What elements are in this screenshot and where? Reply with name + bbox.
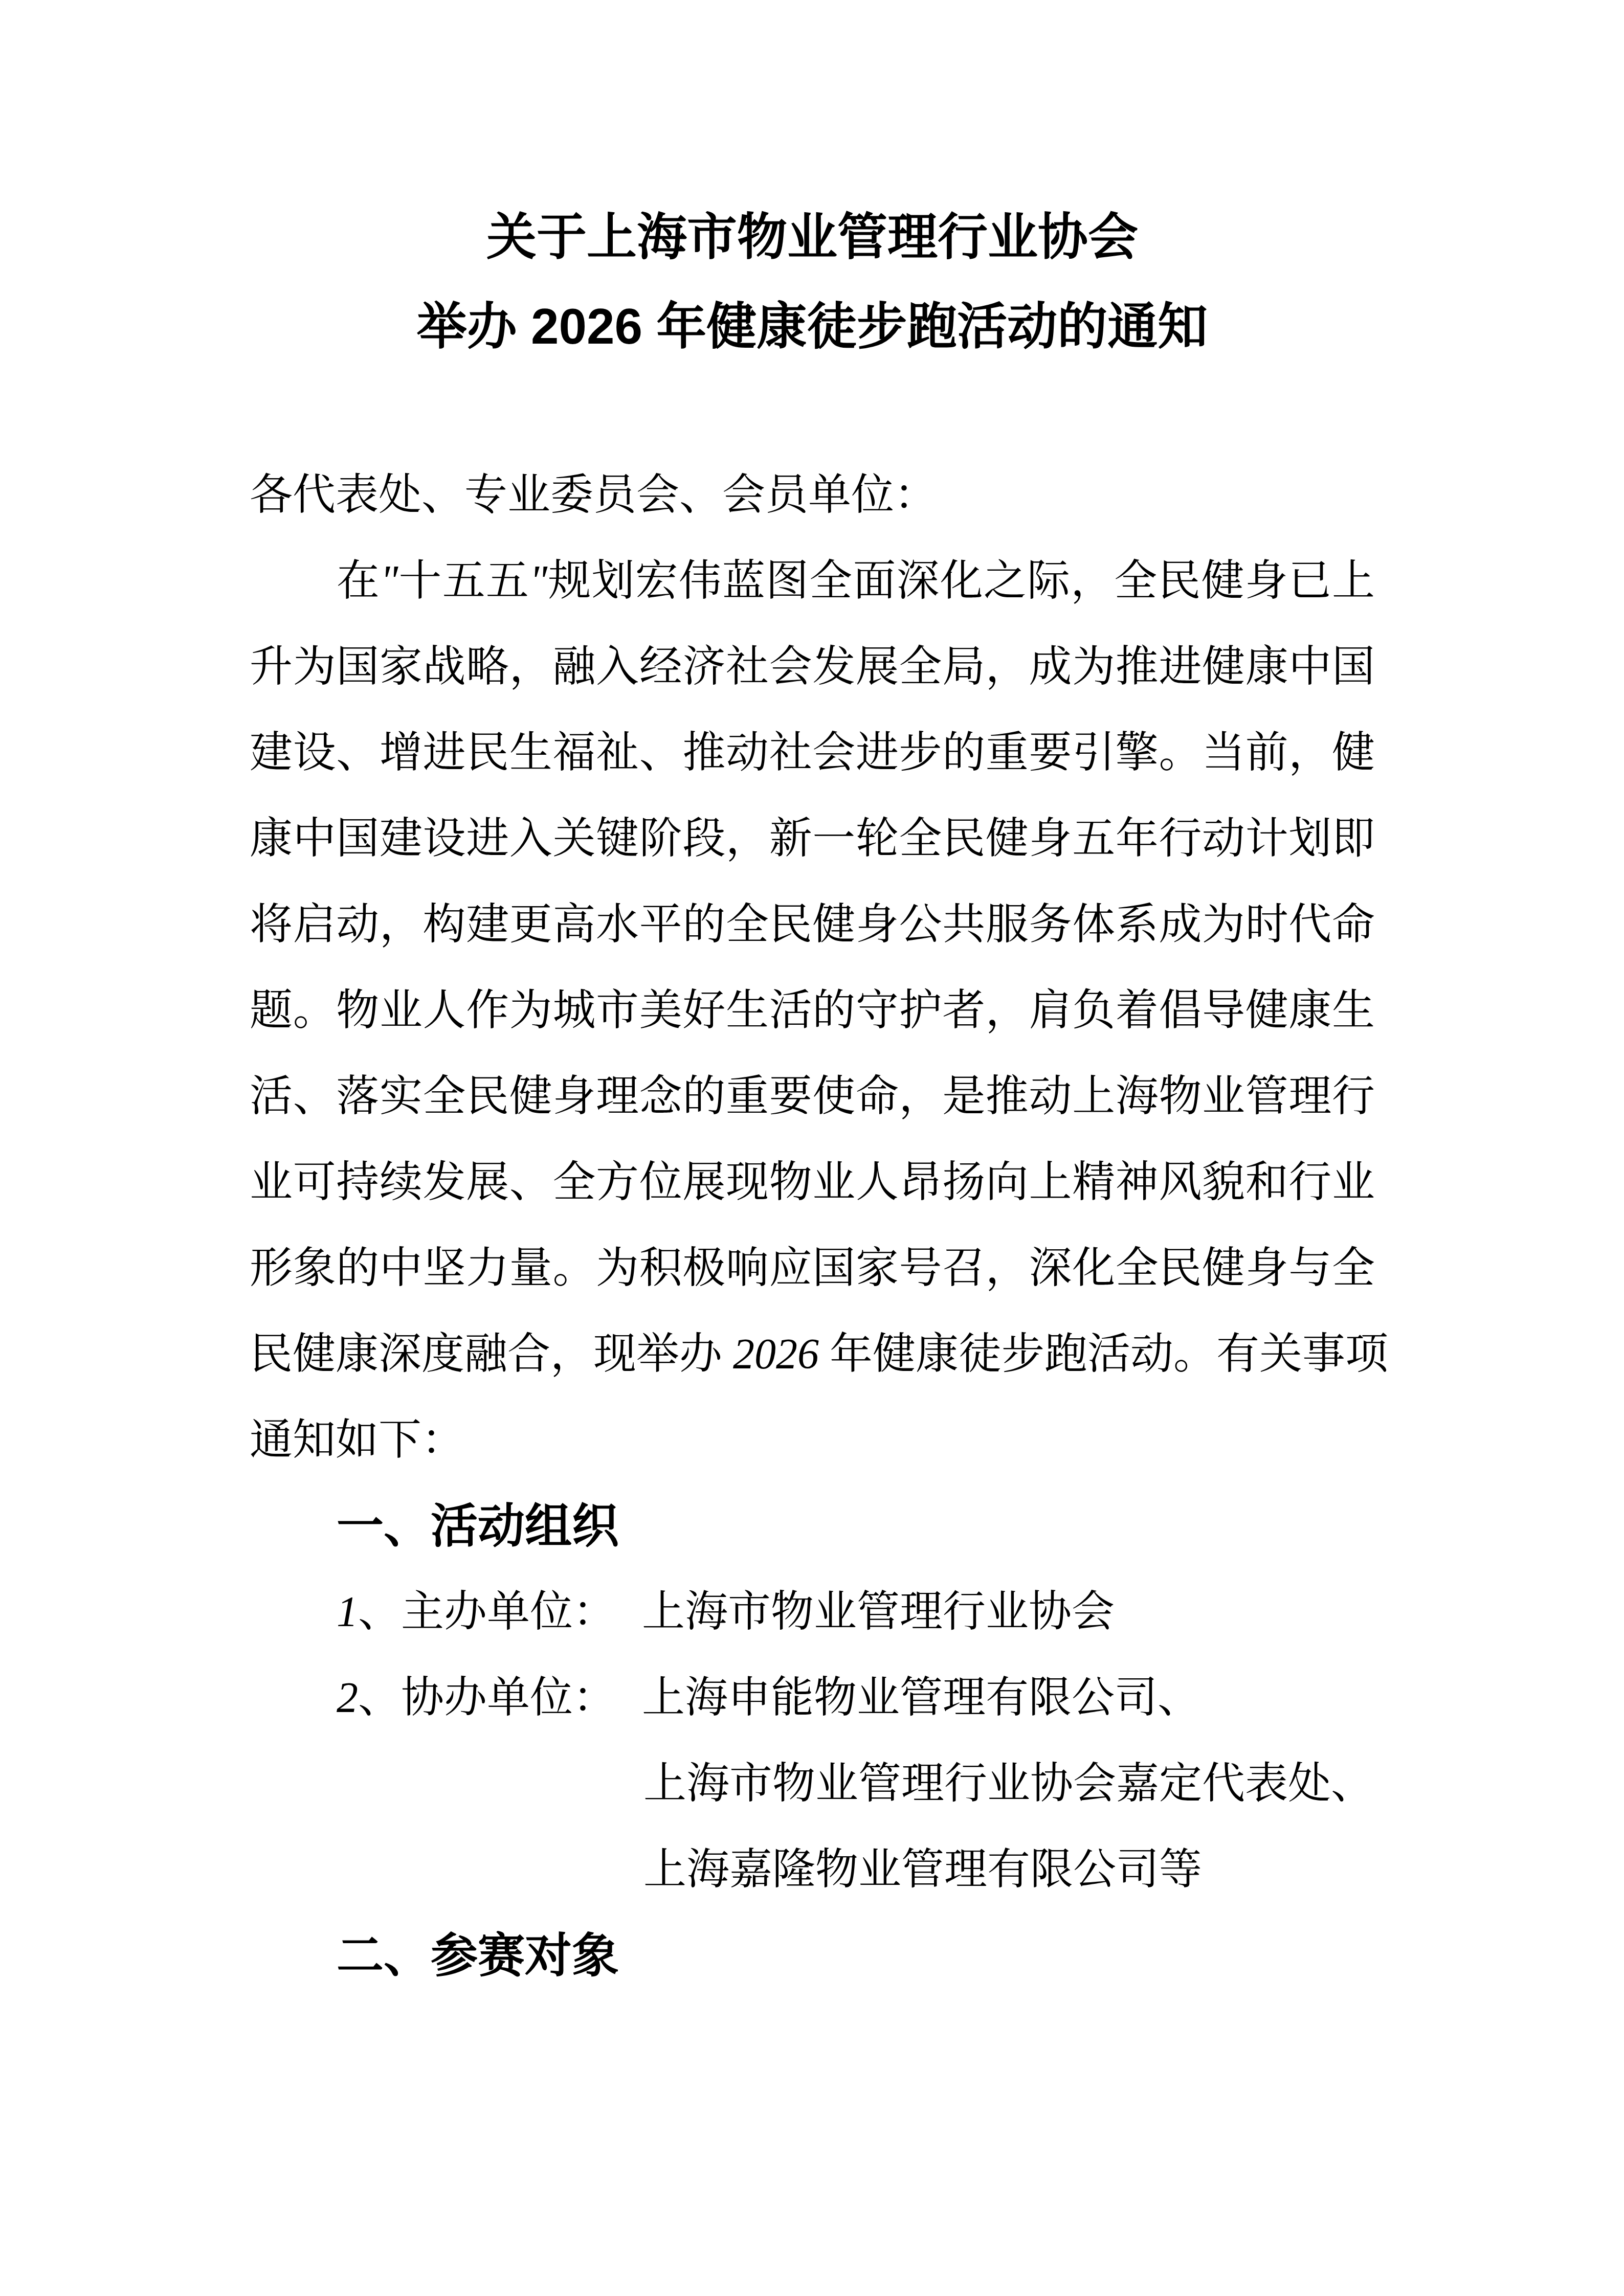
paragraph-line: 形象的中坚力量。为积极响应国家号召，深化全民健身与全 (250, 1226, 1375, 1312)
paragraph-line: 康中国建设进入关键阶段，新一轮全民健身五年行动计划即 (250, 796, 1375, 882)
section-2-heading: 二、参赛对象 (250, 1913, 1375, 1999)
paragraph-line: 将启动，构建更高水平的全民健身公共服务体系成为时代命 (250, 882, 1375, 968)
paragraph-line: 民健康深度融合，现举办 2026 年健康徒步跑活动。有关事项 (250, 1312, 1375, 1398)
document-page: 关于上海市物业管理行业协会 举办 2026 年健康徒步跑活动的通知 各代表处、专… (0, 0, 1624, 2296)
paragraph-line: 建设、增进民生福祉、推动社会进步的重要引擎。当前，健 (250, 710, 1375, 796)
document-title-line-1: 关于上海市物业管理行业协会 (250, 192, 1375, 282)
paragraph-line: 在"十五五"规划宏伟蓝图全面深化之际，全民健身已上 (250, 538, 1375, 624)
document-title-line-2: 举办 2026 年健康徒步跑活动的通知 (250, 282, 1375, 371)
paragraph-line: 题。物业人作为城市美好生活的守护者，肩负着倡导健康生 (250, 968, 1375, 1054)
co-organizer-item: 2、协办单位：上海申能物业管理有限公司、 (250, 1655, 1375, 1741)
paragraph-line: 活、落实全民健身理念的重要使命，是推动上海物业管理行 (250, 1054, 1375, 1140)
document-title: 关于上海市物业管理行业协会 举办 2026 年健康徒步跑活动的通知 (250, 192, 1375, 371)
organizer-item: 1、主办单位：上海市物业管理行业协会 (250, 1569, 1375, 1655)
co-organizer-continuation-line: 上海市物业管理行业协会嘉定代表处、 (250, 1741, 1375, 1827)
co-organizer-item-label: 2、协办单位： (337, 1655, 642, 1741)
document-body: 各代表处、专业委员会、会员单位： 在"十五五"规划宏伟蓝图全面深化之际，全民健身… (250, 453, 1375, 1999)
co-organizer-continuation-line: 上海嘉隆物业管理有限公司等 (250, 1827, 1375, 1913)
section-1-heading: 一、活动组织 (250, 1483, 1375, 1569)
paragraph-line: 业可持续发展、全方位展现物业人昂扬向上精神风貌和行业 (250, 1140, 1375, 1226)
organizer-item-value: 上海市物业管理行业协会 (642, 1588, 1115, 1636)
paragraph-line: 升为国家战略，融入经济社会发展全局，成为推进健康中国 (250, 624, 1375, 710)
salutation-line: 各代表处、专业委员会、会员单位： (250, 453, 1375, 538)
organizer-item-label: 1、主办单位： (337, 1569, 642, 1655)
paragraph-line: 通知如下： (250, 1398, 1375, 1483)
co-organizer-item-value: 上海申能物业管理有限公司、 (642, 1674, 1200, 1722)
